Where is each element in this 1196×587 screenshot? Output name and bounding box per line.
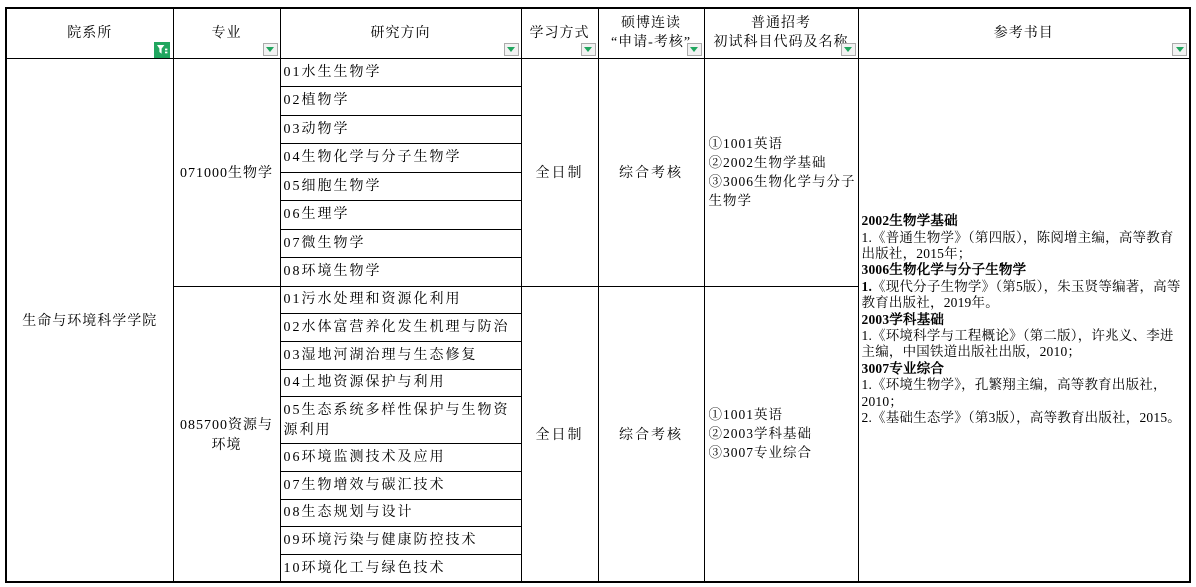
direction-cell[interactable]: 05细胞生物学 — [280, 172, 521, 201]
direction-cell[interactable]: 04土地资源保护与利用 — [280, 369, 521, 397]
direction-cell[interactable]: 09环境污染与健康防控技术 — [280, 527, 521, 555]
major-cell-resources-environment[interactable]: 085700资源与环境 — [173, 286, 280, 582]
direction-cell[interactable]: 10环境化工与绿色技术 — [280, 555, 521, 583]
filter-dropdown-button[interactable] — [841, 43, 856, 56]
exam-subject: ③3007专业综合 — [709, 443, 856, 462]
filter-applied-icon[interactable] — [154, 42, 170, 58]
chevron-down-icon — [1176, 47, 1184, 52]
filter-dropdown-button[interactable] — [581, 43, 596, 56]
direction-row: 生命与环境科学学院 071000生物学 01水生生物学 全日制 综合考核 ①10… — [6, 58, 1190, 87]
direction-cell[interactable]: 08生态规划与设计 — [280, 499, 521, 527]
header-references[interactable]: 参考书目 — [858, 8, 1190, 58]
direction-cell[interactable]: 01污水处理和资源化利用 — [280, 286, 521, 314]
header-research-direction[interactable]: 研究方向 — [280, 8, 521, 58]
department-cell[interactable]: 生命与环境科学学院 — [6, 58, 173, 582]
direction-cell[interactable]: 05生态系统多样性保护与生物资源利用 — [280, 397, 521, 444]
admissions-table: 院系所 专业 研究方向 学习方式 — [5, 7, 1191, 583]
filter-dropdown-button[interactable] — [1172, 43, 1187, 56]
major-cell-biology[interactable]: 071000生物学 — [173, 58, 280, 286]
chevron-down-icon — [844, 47, 852, 52]
direction-cell[interactable]: 06环境监测技术及应用 — [280, 444, 521, 472]
reference-line: 2003学科基础 — [862, 312, 1187, 328]
chevron-down-icon — [507, 47, 515, 52]
exam-subject: ③3006生物化学与分子生物学 — [709, 172, 856, 210]
header-department[interactable]: 院系所 — [6, 8, 173, 58]
reference-line: 1.《现代分子生物学》（第5版），朱玉贤等编著，高等教育出版社，2019年。 — [862, 279, 1187, 312]
direction-cell[interactable]: 07生物增效与碳汇技术 — [280, 471, 521, 499]
reference-line: 3007专业综合 — [862, 361, 1187, 377]
chevron-down-icon — [266, 47, 274, 52]
filter-dropdown-button[interactable] — [687, 43, 702, 56]
phd-track-cell[interactable]: 综合考核 — [598, 58, 704, 286]
exam-subject: ①1001英语 — [709, 134, 856, 153]
direction-cell[interactable]: 06生理学 — [280, 201, 521, 230]
direction-cell[interactable]: 01水生生物学 — [280, 58, 521, 87]
header-major[interactable]: 专业 — [173, 8, 280, 58]
direction-cell[interactable]: 07微生物学 — [280, 229, 521, 258]
header-study-mode-label: 学习方式 — [530, 26, 590, 41]
reference-line: 1.《环境生物学》，孔繁翔主编，高等教育出版社，2010； — [862, 377, 1187, 410]
header-phd-track[interactable]: 硕博连读 “申请-考核” — [598, 8, 704, 58]
direction-cell[interactable]: 08环境生物学 — [280, 258, 521, 287]
exam-subjects-cell[interactable]: ①1001英语 ②2002生物学基础 ③3006生物化学与分子生物学 — [704, 58, 858, 286]
study-mode-cell[interactable]: 全日制 — [521, 58, 598, 286]
direction-cell[interactable]: 03动物学 — [280, 115, 521, 144]
exam-subject: ②2002生物学基础 — [709, 153, 856, 172]
chevron-down-icon — [690, 47, 698, 52]
header-row: 院系所 专业 研究方向 学习方式 — [6, 8, 1190, 58]
exam-subjects-cell[interactable]: ①1001英语 ②2003学科基础 ③3007专业综合 — [704, 286, 858, 582]
direction-cell[interactable]: 04生物化学与分子生物学 — [280, 144, 521, 173]
header-research-direction-label: 研究方向 — [371, 26, 431, 41]
header-exam-subjects-line1: 普通招考 — [705, 14, 858, 33]
header-exam-subjects-line2: 初试科目代码及名称 — [705, 33, 858, 52]
admissions-table-sheet: 院系所 专业 研究方向 学习方式 — [5, 7, 1191, 583]
funnel-glyph — [156, 44, 168, 56]
chevron-down-icon — [584, 47, 592, 52]
header-major-label: 专业 — [212, 26, 242, 41]
exam-subject: ①1001英语 — [709, 405, 856, 424]
phd-track-cell[interactable]: 综合考核 — [598, 286, 704, 582]
header-phd-track-line1: 硕博连读 — [599, 14, 704, 33]
reference-line: 3006生物化学与分子生物学 — [862, 262, 1187, 278]
references-cell[interactable]: 2002生物学基础 1.《普通生物学》（第四版），陈阅增主编，高等教育出版社，2… — [858, 58, 1190, 582]
exam-subject: ②2003学科基础 — [709, 424, 856, 443]
direction-cell[interactable]: 02水体富营养化发生机理与防治 — [280, 314, 521, 342]
reference-line: 2.《基础生态学》（第3版），高等教育出版社，2015。 — [862, 410, 1187, 426]
direction-cell[interactable]: 02植物学 — [280, 87, 521, 116]
filter-dropdown-button[interactable] — [504, 43, 519, 56]
header-references-label: 参考书目 — [994, 26, 1054, 41]
reference-line: 2002生物学基础 — [862, 213, 1187, 229]
header-exam-subjects[interactable]: 普通招考 初试科目代码及名称 — [704, 8, 858, 58]
reference-line: 1.《普通生物学》（第四版），陈阅增主编，高等教育出版社，2015年； — [862, 230, 1187, 263]
filter-dropdown-button[interactable] — [263, 43, 278, 56]
study-mode-cell[interactable]: 全日制 — [521, 286, 598, 582]
header-department-label: 院系所 — [67, 26, 112, 41]
direction-cell[interactable]: 03湿地河湖治理与生态修复 — [280, 341, 521, 369]
header-study-mode[interactable]: 学习方式 — [521, 8, 598, 58]
reference-line: 1.《环境科学与工程概论》（第二版），许兆义、李进主编，中国铁道出版社出版，20… — [862, 328, 1187, 361]
